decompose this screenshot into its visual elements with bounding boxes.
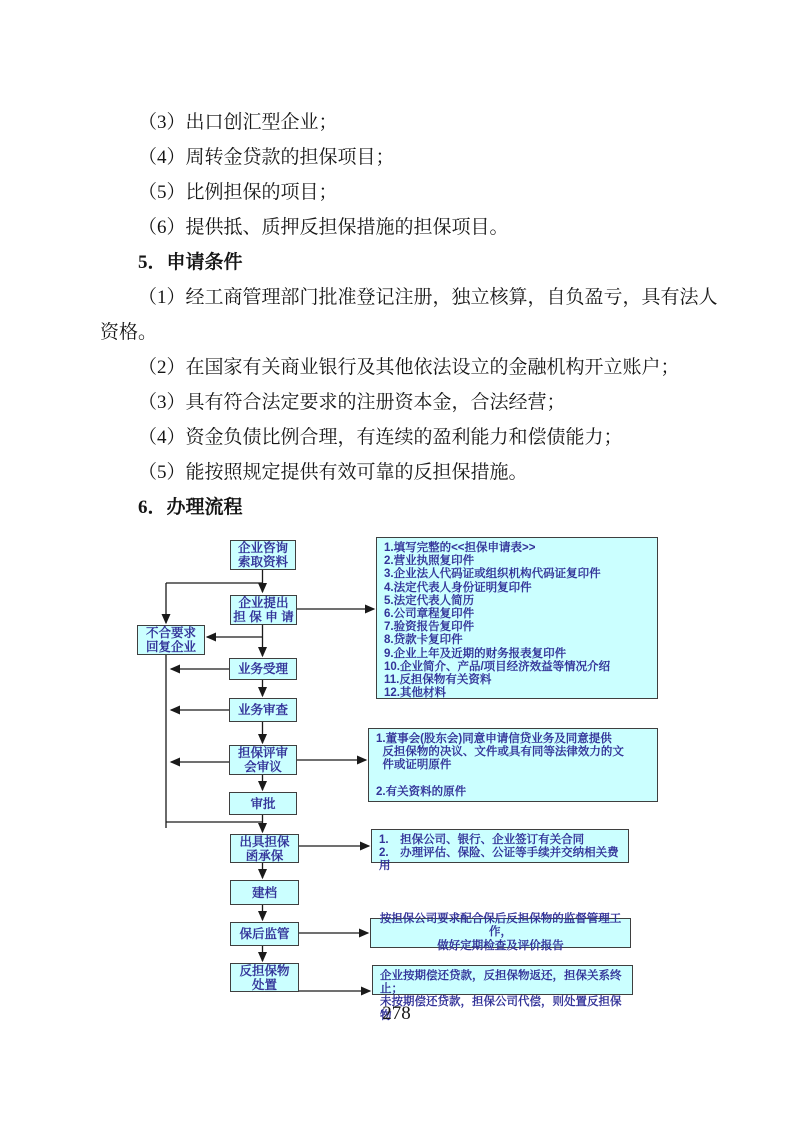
list-item: （4）资金负债比例合理，有连续的盈利能力和偿债能力； <box>100 420 720 455</box>
note-supervision-requirements: 按担保公司要求配合保后反担保物的监督管理工作， 做好定期检查及评价报告 <box>370 918 631 948</box>
list-item: （2）在国家有关商业银行及其他依法设立的金融机构开立账户； <box>100 350 720 385</box>
list-item: （3）出口创汇型企业； <box>100 105 720 140</box>
document-page: （3）出口创汇型企业； （4）周转金贷款的担保项目； （5）比例担保的项目； （… <box>0 0 793 1122</box>
section-heading-5: 5．申请条件 <box>100 245 720 280</box>
process-flowchart: 企业咨询 索取资料 企业提出 担 保 申 请 业务受理 业务审查 担保评审 会审… <box>0 530 793 1010</box>
flow-step-apply: 企业提出 担 保 申 请 <box>230 595 297 625</box>
note-committee-documents: 1.董事会(股东会)同意申请信贷业务及同意提供 反担保物的决议、文件或具有同等法… <box>368 728 658 802</box>
body-text: （3）出口创汇型企业； （4）周转金贷款的担保项目； （5）比例担保的项目； （… <box>100 105 720 525</box>
list-item: （4）周转金贷款的担保项目； <box>100 140 720 175</box>
list-item: （6）提供抵、质押反担保措施的担保项目。 <box>100 210 720 245</box>
list-item: （3）具有符合法定要求的注册资本金，合法经营； <box>100 385 720 420</box>
flow-step-review: 业务审查 <box>229 698 297 722</box>
section-heading-6: 6．办理流程 <box>100 490 720 525</box>
flow-step-reject-reply: 不合要求 回复企业 <box>137 625 205 655</box>
note-application-materials: 1.填写完整的<<担保申请表>> 2.营业执照复印件 3.企业法人代码证或组织机… <box>376 537 658 699</box>
list-item: （5）比例担保的项目； <box>100 175 720 210</box>
note-disposal-conditions: 企业按期偿还贷款，反担保物返还，担保关系终止； 未按期偿还贷款，担保公司代偿，则… <box>372 965 633 995</box>
flow-step-issue-letter: 出具担保 函承保 <box>230 834 299 863</box>
flow-step-disposal: 反担保物 处置 <box>230 963 299 992</box>
list-item: （5）能按照规定提供有效可靠的反担保措施。 <box>100 455 720 490</box>
list-item: （1）经工商管理部门批准登记注册，独立核算，自负盈亏，具有法人资格。 <box>100 280 720 350</box>
flow-step-supervision: 保后监管 <box>230 922 299 946</box>
flow-step-consult: 企业咨询 索取资料 <box>230 540 296 570</box>
flow-step-committee: 担保评审 会审议 <box>229 745 297 775</box>
page-number: 278 <box>0 1003 793 1025</box>
flow-step-filing: 建档 <box>230 880 299 905</box>
flow-step-acceptance: 业务受理 <box>229 658 297 680</box>
flow-step-approval: 审批 <box>229 792 297 815</box>
note-contract-procedures: 1. 担保公司、银行、企业签订有关合同 2. 办理评估、保险、公证等手续并交纳相… <box>371 829 629 863</box>
